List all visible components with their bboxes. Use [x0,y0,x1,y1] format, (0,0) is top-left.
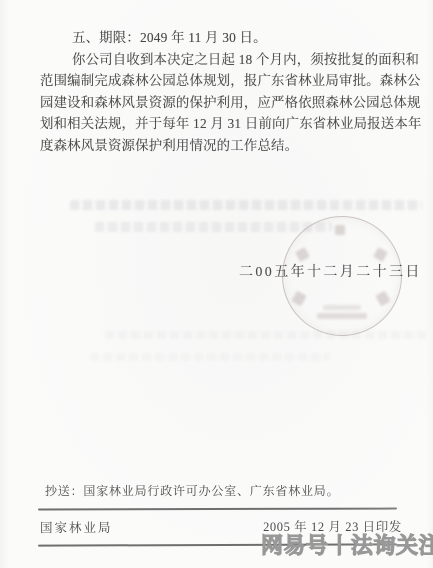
body-line: 划和相关法规，并于每年 12 月 31 日前向广东省林业局报送本年 [40,113,418,135]
body-line: 范围编制完成森林公园总体规划，报广东省林业局审批。森林公 [40,70,418,92]
bleed-through-text [90,353,330,361]
bleed-through-text [105,331,427,339]
body-line: 度森林风景资源保护利用情况的工作总结。 [40,135,418,157]
footer-issuer: 国家林业局 [40,518,113,536]
term-line: 五、期限：2049 年 11 月 30 日。 [40,27,418,49]
document-body: 五、期限：2049 年 11 月 30 日。 你公司自收到本决定之日起 18 个… [40,27,418,157]
body-line: 园建设和森林风景资源的保护利用，应严格依照森林公园总体规 [40,92,418,114]
netease-watermark: 网易号丨法询关注 [261,529,433,560]
bleed-through-text [95,222,332,232]
footer-divider-top [38,508,397,511]
cc-line: 抄送：国家林业局行政许可办公室、广东省林业局。 [45,482,339,499]
signature-date: 二00五年十二月二十三日 [239,261,422,281]
scanned-document-page: 五、期限：2049 年 11 月 30 日。 你公司自收到本决定之日起 18 个… [0,0,433,568]
bleed-through-text [70,200,422,210]
body-line: 你公司自收到本决定之日起 18 个月内，须按批复的面积和 [40,49,418,71]
